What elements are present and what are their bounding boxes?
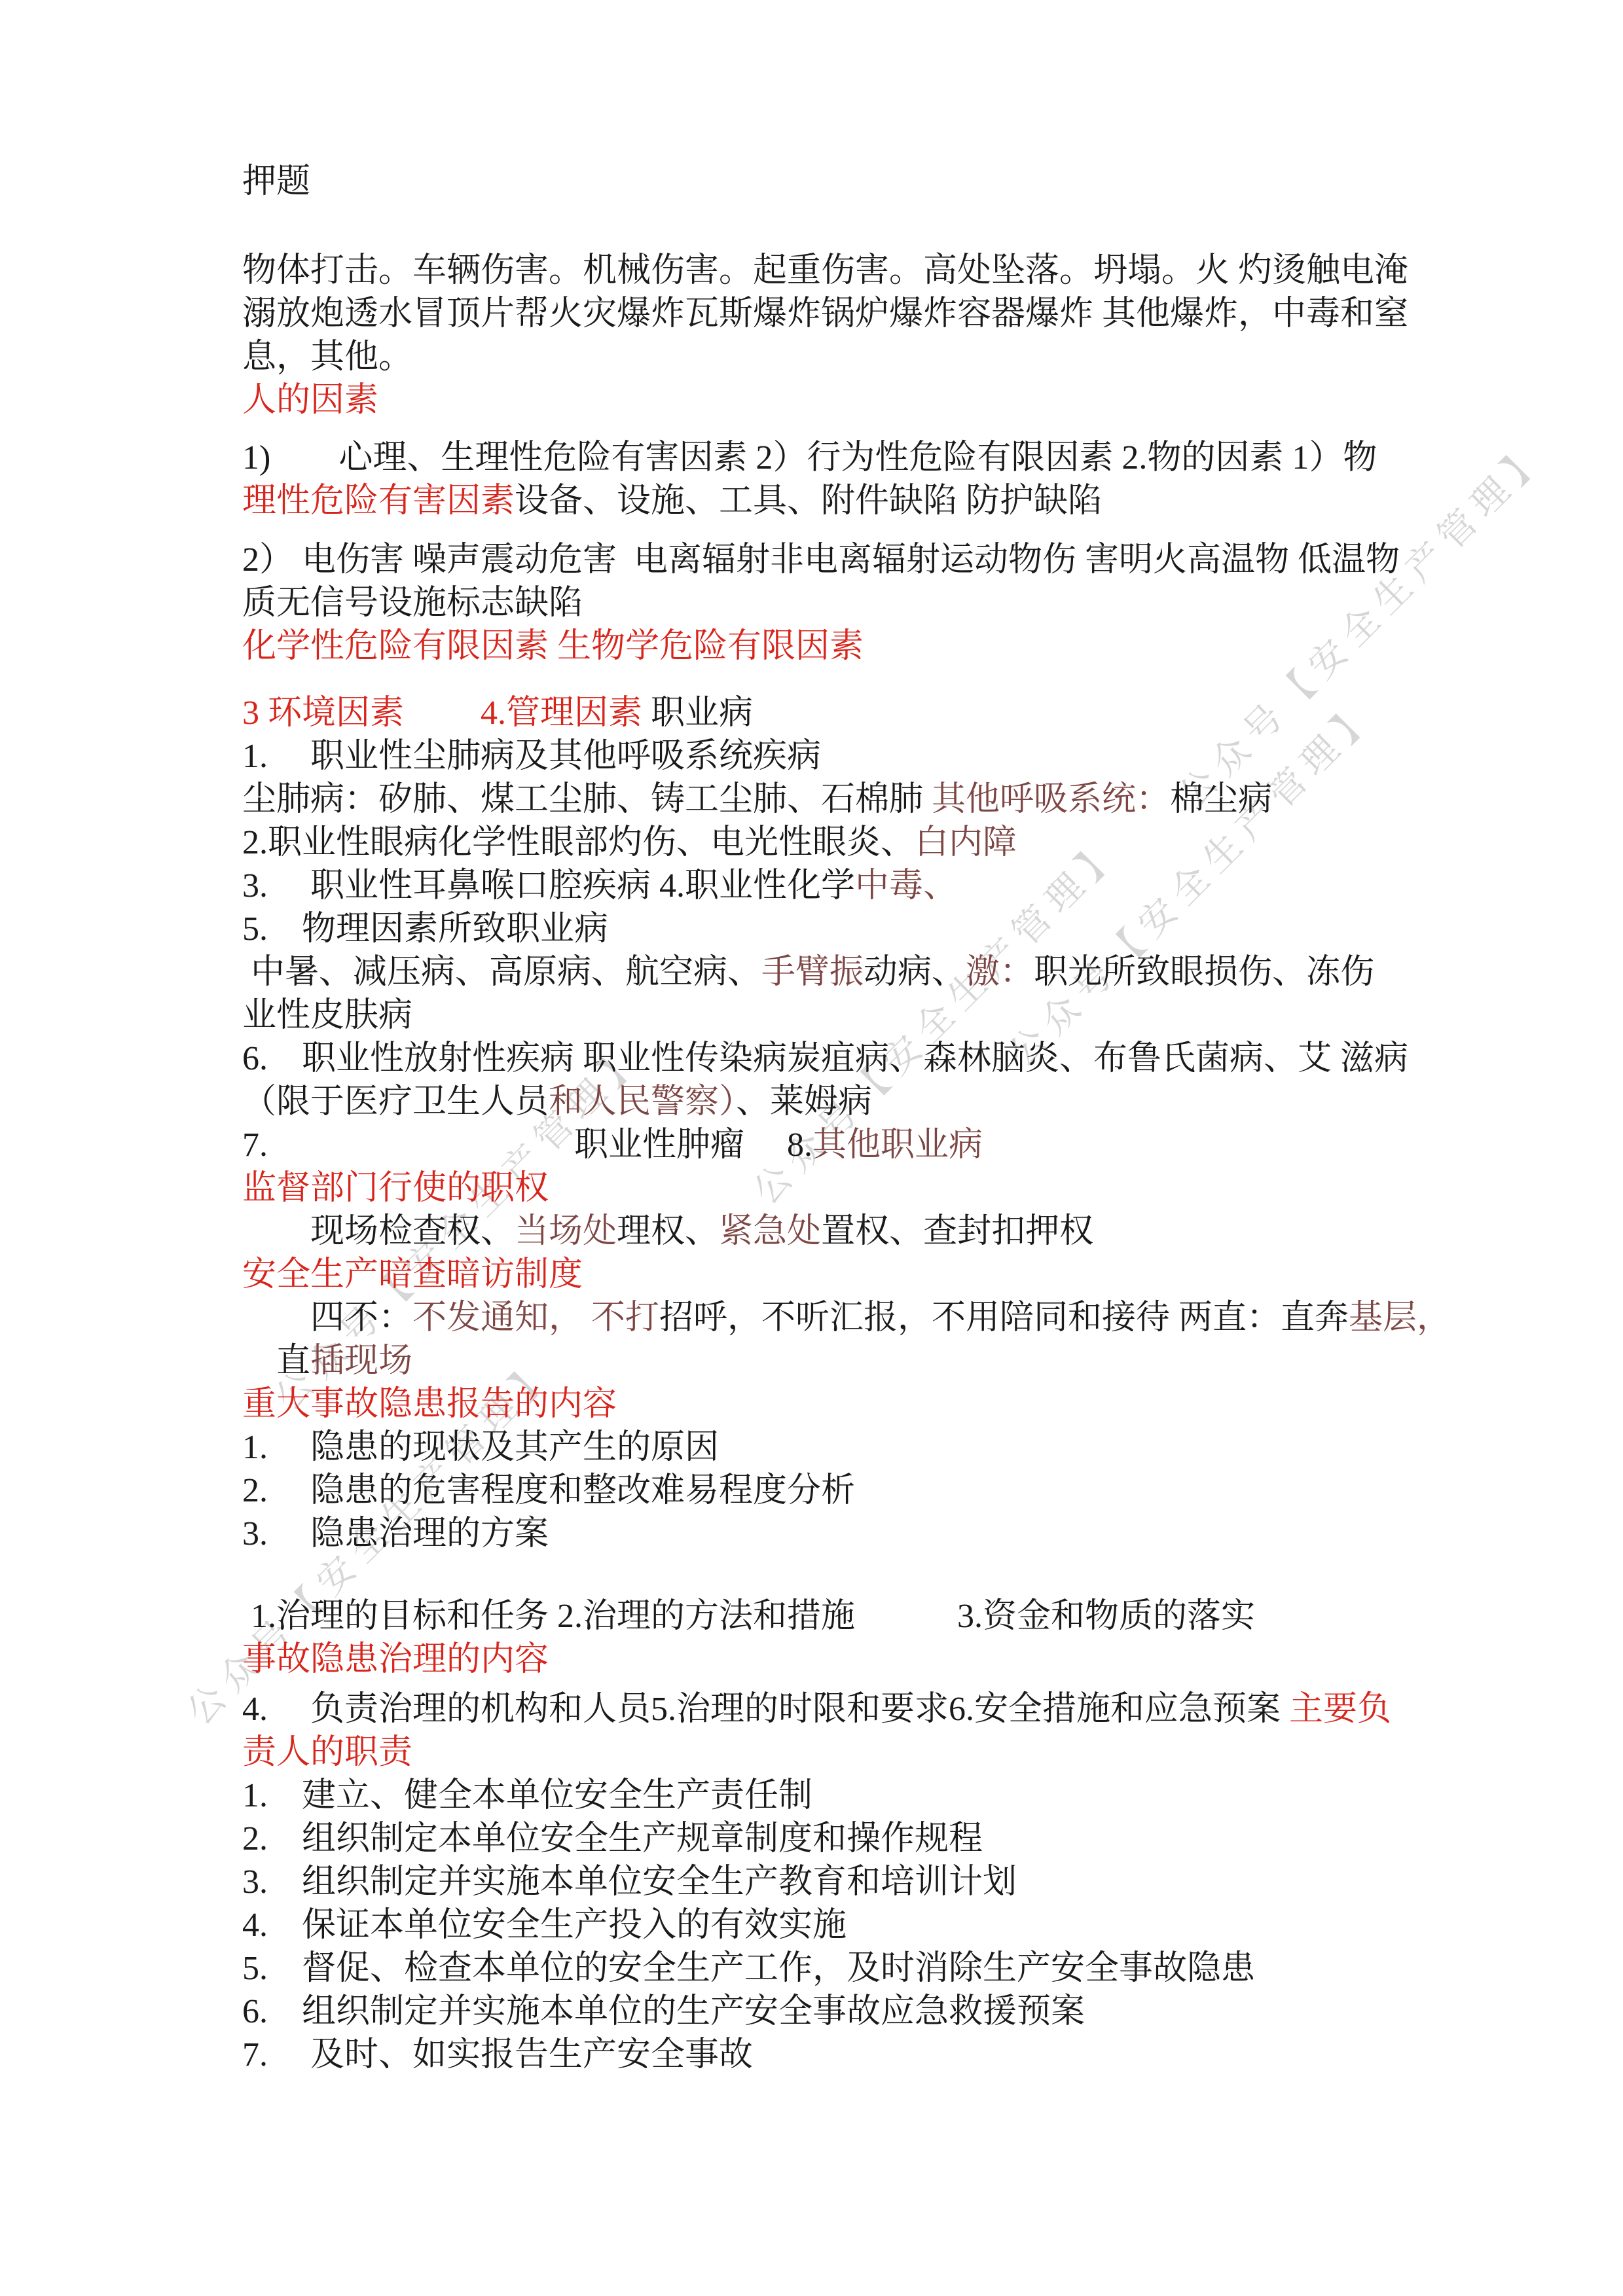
text-line: 3. 组织制定并实施本单位安全生产教育和培训计划 bbox=[242, 1861, 1623, 1904]
text-line: 4. 负责治理的机构和人员5.治理的时限和要求6.安全措施和应急预案 主要负 bbox=[242, 1688, 1623, 1731]
text-line: 3 环境因素 4.管理因素 职业病 bbox=[242, 692, 1623, 735]
text-segment: 化学性危险有限因素 生物学危险有限因素 bbox=[242, 628, 864, 665]
text-segment: 1) 心理、生理性危险有害因素 2）行为性危险有限因素 2.物的因素 1）物 bbox=[242, 439, 1377, 476]
text-segment: 插现场 bbox=[310, 1342, 412, 1380]
text-segment: 4. 保证本单位安全生产投入的有效实施 bbox=[242, 1907, 847, 1944]
text-segment: 中暑、减压病、高原病、航空病、 bbox=[242, 954, 761, 991]
text-line: 1. 建立、健全本单位安全生产责任制 bbox=[242, 1774, 1623, 1818]
text-line: 3. 隐患治理的方案 bbox=[242, 1513, 1623, 1556]
text-segment: 7. 及时、如实报告生产安全事故 bbox=[242, 2036, 753, 2073]
text-line: 事故隐患治理的内容 bbox=[242, 1638, 1623, 1681]
text-segment: 主要负 bbox=[1289, 1691, 1391, 1728]
text-line: 中暑、减压病、高原病、航空病、手臂振动病、激：职光所致眼损伤、冻伤 bbox=[242, 951, 1623, 994]
text-segment: 中毒、 bbox=[855, 867, 957, 905]
text-segment: 业性皮肤病 bbox=[242, 997, 412, 1034]
text-segment: 4. 负责治理的机构和人员5.治理的时限和要求6.安全措施和应急预案 bbox=[242, 1691, 1289, 1728]
text-line: 监督部门行使的职权 bbox=[242, 1167, 1623, 1210]
text-line: 1.治理的目标和任务 2.治理的方法和措施 3.资金和物质的落实 bbox=[242, 1595, 1623, 1638]
text-line: 2. 隐患的危害程度和整改难易程度分析 bbox=[242, 1469, 1623, 1513]
page: 公众号【安全生产管理】公众号【安全生产管理】公众号【安全生产管理】公众号【安全生… bbox=[0, 0, 1623, 2296]
text-segment: 5. 物理因素所致职业病 bbox=[242, 910, 608, 948]
text-line: 6. 组织制定并实施本单位的生产安全事故应急救援预案 bbox=[242, 1990, 1623, 2034]
text-segment: 四不： bbox=[242, 1299, 412, 1336]
text-line: 溺放炮透水冒顶片帮火灾爆炸瓦斯爆炸锅炉爆炸容器爆炸 其他爆炸，中毒和窒 bbox=[242, 293, 1623, 336]
text-line: 理性危险有害因素设备、设施、工具、附件缺陷 防护缺陷 bbox=[242, 480, 1623, 523]
text-segment: 职光所致眼损伤、冻伤 bbox=[1034, 954, 1374, 991]
text-segment: 3. 隐患治理的方案 bbox=[242, 1515, 549, 1552]
text-segment: 动病、 bbox=[864, 954, 966, 991]
text-segment: 基层， bbox=[1349, 1299, 1451, 1336]
text-line: 人的因素 bbox=[242, 379, 1623, 422]
text-line: 重大事故隐患报告的内容 bbox=[242, 1383, 1623, 1426]
text-segment: 现场检查权、 bbox=[242, 1213, 515, 1250]
text-segment: 当场处 bbox=[515, 1213, 617, 1250]
text-segment: 和人民警察） bbox=[549, 1083, 736, 1121]
text-segment: 1.治理的目标和任务 2.治理的方法和措施 3.资金和物质的落实 bbox=[242, 1598, 1255, 1635]
text-segment: （限于医疗卫生人员 bbox=[242, 1083, 549, 1121]
text-segment: 其他呼吸系统： bbox=[932, 781, 1170, 818]
text-segment: 物体打击。车辆伤害。机械伤害。起重伤害。高处坠落。坍塌。火 灼烫触电淹 bbox=[242, 252, 1408, 289]
text-line: 1) 心理、生理性危险有害因素 2）行为性危险有限因素 2.物的因素 1）物 bbox=[242, 437, 1623, 480]
text-segment: 事故隐患治理的内容 bbox=[242, 1641, 549, 1678]
text-segment: 溺放炮透水冒顶片帮火灾爆炸瓦斯爆炸锅炉爆炸容器爆炸 其他爆炸，中毒和窒 bbox=[242, 295, 1408, 332]
text-segment: 尘肺病：矽肺、煤工尘肺、铸工尘肺、石棉肺 bbox=[242, 781, 932, 818]
text-line: 化学性危险有限因素 生物学危险有限因素 bbox=[242, 625, 1623, 668]
text-segment: 激： bbox=[966, 954, 1034, 991]
document-title: 押题 bbox=[242, 160, 1623, 204]
text-line: 7. 及时、如实报告生产安全事故 bbox=[242, 2034, 1623, 2077]
text-segment: 责人的职责 bbox=[242, 1734, 412, 1771]
text-segment: 、莱姆病 bbox=[736, 1083, 872, 1121]
text-segment: 2. 组织制定本单位安全生产规章制度和操作规程 bbox=[242, 1820, 983, 1857]
text-segment: 直 bbox=[242, 1342, 310, 1380]
text-segment: 3. 职业性耳鼻喉口腔疾病 4.职业性化学 bbox=[242, 867, 855, 905]
text-line: 7. 职业性肿瘤 8.其他职业病 bbox=[242, 1124, 1623, 1167]
text-line: 1. 职业性尘肺病及其他呼吸系统疾病 bbox=[242, 735, 1623, 778]
text-line: 尘肺病：矽肺、煤工尘肺、铸工尘肺、石棉肺 其他呼吸系统：棉尘病 bbox=[242, 778, 1623, 821]
text-segment: 理性危险有害因素 bbox=[242, 482, 515, 520]
text-line: 业性皮肤病 bbox=[242, 994, 1623, 1037]
text-line: 直插现场 bbox=[242, 1340, 1623, 1383]
text-line: 2.职业性眼病化学性眼部灼伤、电光性眼炎、白内障 bbox=[242, 821, 1623, 865]
text-segment: 置权、查封扣押权 bbox=[821, 1213, 1093, 1250]
text-segment: 其他职业病 bbox=[812, 1126, 983, 1164]
text-segment: 白内障 bbox=[915, 824, 1017, 861]
text-line: 四不：不发通知， 不打招呼，不听汇报，不用陪同和接待 两直：直奔基层， bbox=[242, 1297, 1623, 1340]
text-line: 责人的职责 bbox=[242, 1731, 1623, 1774]
text-line: （限于医疗卫生人员和人民警察）、莱姆病 bbox=[242, 1081, 1623, 1124]
text-segment: 7. 职业性肿瘤 8. bbox=[242, 1126, 812, 1164]
text-line: 2. 组织制定本单位安全生产规章制度和操作规程 bbox=[242, 1818, 1623, 1861]
text-line: 1. 隐患的现状及其产生的原因 bbox=[242, 1426, 1623, 1469]
document-body: 押题 物体打击。车辆伤害。机械伤害。起重伤害。高处坠落。坍塌。火 灼烫触电淹溺放… bbox=[0, 0, 1623, 2296]
text-segment: 2） 电伤害 噪声震动危害 电离辐射非电离辐射运动物伤 害明火高温物 低温物 bbox=[242, 541, 1400, 579]
text-line: 3. 职业性耳鼻喉口腔疾病 4.职业性化学中毒、 bbox=[242, 865, 1623, 908]
text-segment: 6. 组织制定并实施本单位的生产安全事故应急救援预案 bbox=[242, 1993, 1085, 2030]
text-segment: 重大事故隐患报告的内容 bbox=[242, 1386, 617, 1423]
text-segment: 招呼，不听汇报，不用陪同和接待 两直：直奔 bbox=[659, 1299, 1349, 1336]
text-line: 4. 保证本单位安全生产投入的有效实施 bbox=[242, 1904, 1623, 1947]
text-segment: 设备、设施、工具、附件缺陷 防护缺陷 bbox=[515, 482, 1102, 520]
text-segment: 监督部门行使的职权 bbox=[242, 1170, 549, 1207]
text-segment: 人的因素 bbox=[242, 382, 378, 419]
text-segment bbox=[404, 694, 481, 732]
text-segment: 理权、 bbox=[617, 1213, 719, 1250]
text-line: 物体打击。车辆伤害。机械伤害。起重伤害。高处坠落。坍塌。火 灼烫触电淹 bbox=[242, 249, 1623, 293]
text-line: 5. 督促、检查本单位的安全生产工作，及时消除生产安全事故隐患 bbox=[242, 1947, 1623, 1990]
text-segment: 紧急处 bbox=[719, 1213, 821, 1250]
text-segment: 3 环境因素 bbox=[242, 694, 404, 732]
text-segment: 1. 职业性尘肺病及其他呼吸系统疾病 bbox=[242, 738, 821, 775]
text-segment: 职业病 bbox=[642, 694, 753, 732]
text-segment: 4.管理因素 bbox=[481, 694, 642, 732]
text-segment: 手臂振 bbox=[761, 954, 864, 991]
text-segment: 2. 隐患的危害程度和整改难易程度分析 bbox=[242, 1472, 855, 1509]
text-segment: 5. 督促、检查本单位的安全生产工作，及时消除生产安全事故隐患 bbox=[242, 1950, 1255, 1987]
text-segment: 6. 职业性放射性疾病 职业性传染病炭疽病、森林脑炎、布鲁氏菌病、艾 滋病 bbox=[242, 1040, 1408, 1077]
text-segment: 息，其他。 bbox=[242, 338, 412, 376]
text-line: 2） 电伤害 噪声震动危害 电离辐射非电离辐射运动物伤 害明火高温物 低温物 bbox=[242, 539, 1623, 582]
text-line: 5. 物理因素所致职业病 bbox=[242, 908, 1623, 951]
text-segment: 棉尘病 bbox=[1170, 781, 1272, 818]
text-segment: 安全生产暗查暗访制度 bbox=[242, 1256, 583, 1293]
text-segment: 2.职业性眼病化学性眼部灼伤、电光性眼炎、 bbox=[242, 824, 915, 861]
text-segment: 3. 组织制定并实施本单位安全生产教育和培训计划 bbox=[242, 1863, 1017, 1901]
text-line: 息，其他。 bbox=[242, 336, 1623, 379]
text-segment: 质无信号设施标志缺陷 bbox=[242, 584, 583, 622]
text-segment: 1. 隐患的现状及其产生的原因 bbox=[242, 1429, 719, 1466]
text-line: 6. 职业性放射性疾病 职业性传染病炭疽病、森林脑炎、布鲁氏菌病、艾 滋病 bbox=[242, 1037, 1623, 1081]
text-line: 安全生产暗查暗访制度 bbox=[242, 1253, 1623, 1297]
text-segment: 1. 建立、健全本单位安全生产责任制 bbox=[242, 1777, 812, 1814]
text-line: 现场检查权、当场处理权、紧急处置权、查封扣押权 bbox=[242, 1210, 1623, 1253]
text-line: 质无信号设施标志缺陷 bbox=[242, 582, 1623, 625]
text-segment: 不发通知， 不打 bbox=[412, 1299, 659, 1336]
